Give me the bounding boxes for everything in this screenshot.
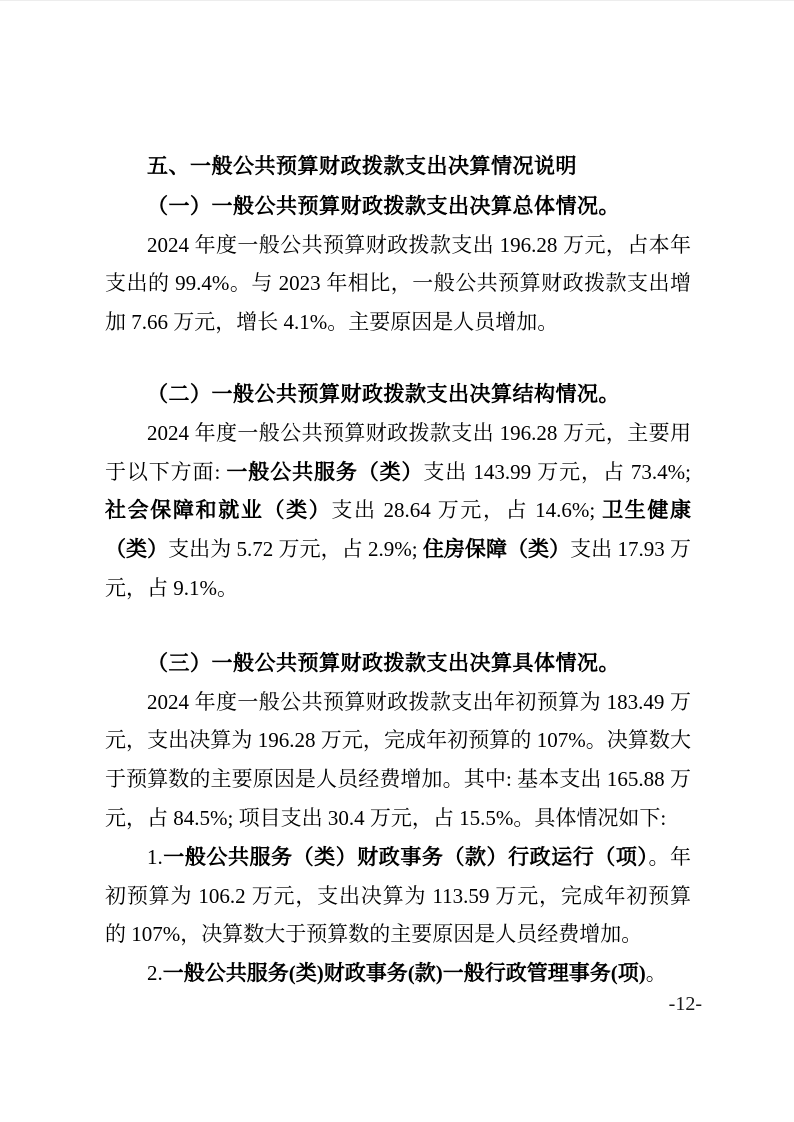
text-run: 支出 143.99 万元，占 73.4%; bbox=[423, 460, 691, 484]
text-run: 2024 年度一般公共预算财政拨款支出年初预算为 183.49 万元，支出决算为… bbox=[105, 690, 691, 830]
section-3-paragraph: 2024 年度一般公共预算财政拨款支出年初预算为 183.49 万元，支出决算为… bbox=[105, 683, 691, 838]
main-heading: 五、一般公共预算财政拨款支出决算情况说明 bbox=[105, 148, 691, 187]
text-run-bold: 一般公共服务（类）财政事务（款）行政运行（项） bbox=[163, 845, 649, 869]
section-1-paragraph: 2024 年度一般公共预算财政拨款支出 196.28 万元，占本年支出的 99.… bbox=[105, 226, 691, 342]
section-3-item-2: 2.一般公共服务(类)财政事务(款)一般行政管理事务(项)。 bbox=[105, 954, 691, 993]
page-number: -12- bbox=[105, 993, 702, 1016]
list-number: 2. bbox=[147, 961, 163, 985]
text-run-bold: 住房保障（类） bbox=[423, 537, 570, 561]
list-number: 1. bbox=[147, 845, 163, 869]
text-run-bold: 一般公共服务(类)财政事务(款)一般行政管理事务(项) bbox=[163, 961, 646, 985]
section-gap bbox=[105, 342, 691, 375]
text-run-bold: 社会保障和就业（类） bbox=[105, 498, 331, 522]
text-run: 。 bbox=[646, 961, 667, 985]
document-content: 五、一般公共预算财政拨款支出决算情况说明 （一）一般公共预算财政拨款支出决算总体… bbox=[105, 148, 691, 993]
section-2-heading: （二）一般公共预算财政拨款支出决算结构情况。 bbox=[105, 375, 691, 414]
section-1-heading: （一）一般公共预算财政拨款支出决算总体情况。 bbox=[105, 187, 691, 226]
text-run: 2024 年度一般公共预算财政拨款支出 196.28 万元，占本年支出的 99.… bbox=[105, 233, 691, 335]
text-run-bold: 一般公共服务（类） bbox=[226, 460, 423, 484]
section-3-item-1: 1.一般公共服务（类）财政事务（款）行政运行（项）。年初预算为 106.2 万元… bbox=[105, 838, 691, 954]
section-gap bbox=[105, 608, 691, 644]
text-run: 支出 28.64 万元，占 14.6%; bbox=[331, 498, 602, 522]
text-run: 支出为 5.72 万元，占 2.9%; bbox=[168, 537, 423, 561]
section-2-paragraph: 2024 年度一般公共预算财政拨款支出 196.28 万元，主要用于以下方面: … bbox=[105, 414, 691, 608]
document-page: 五、一般公共预算财政拨款支出决算情况说明 （一）一般公共预算财政拨款支出决算总体… bbox=[0, 0, 794, 1122]
section-3-heading: （三）一般公共预算财政拨款支出决算具体情况。 bbox=[105, 644, 691, 683]
